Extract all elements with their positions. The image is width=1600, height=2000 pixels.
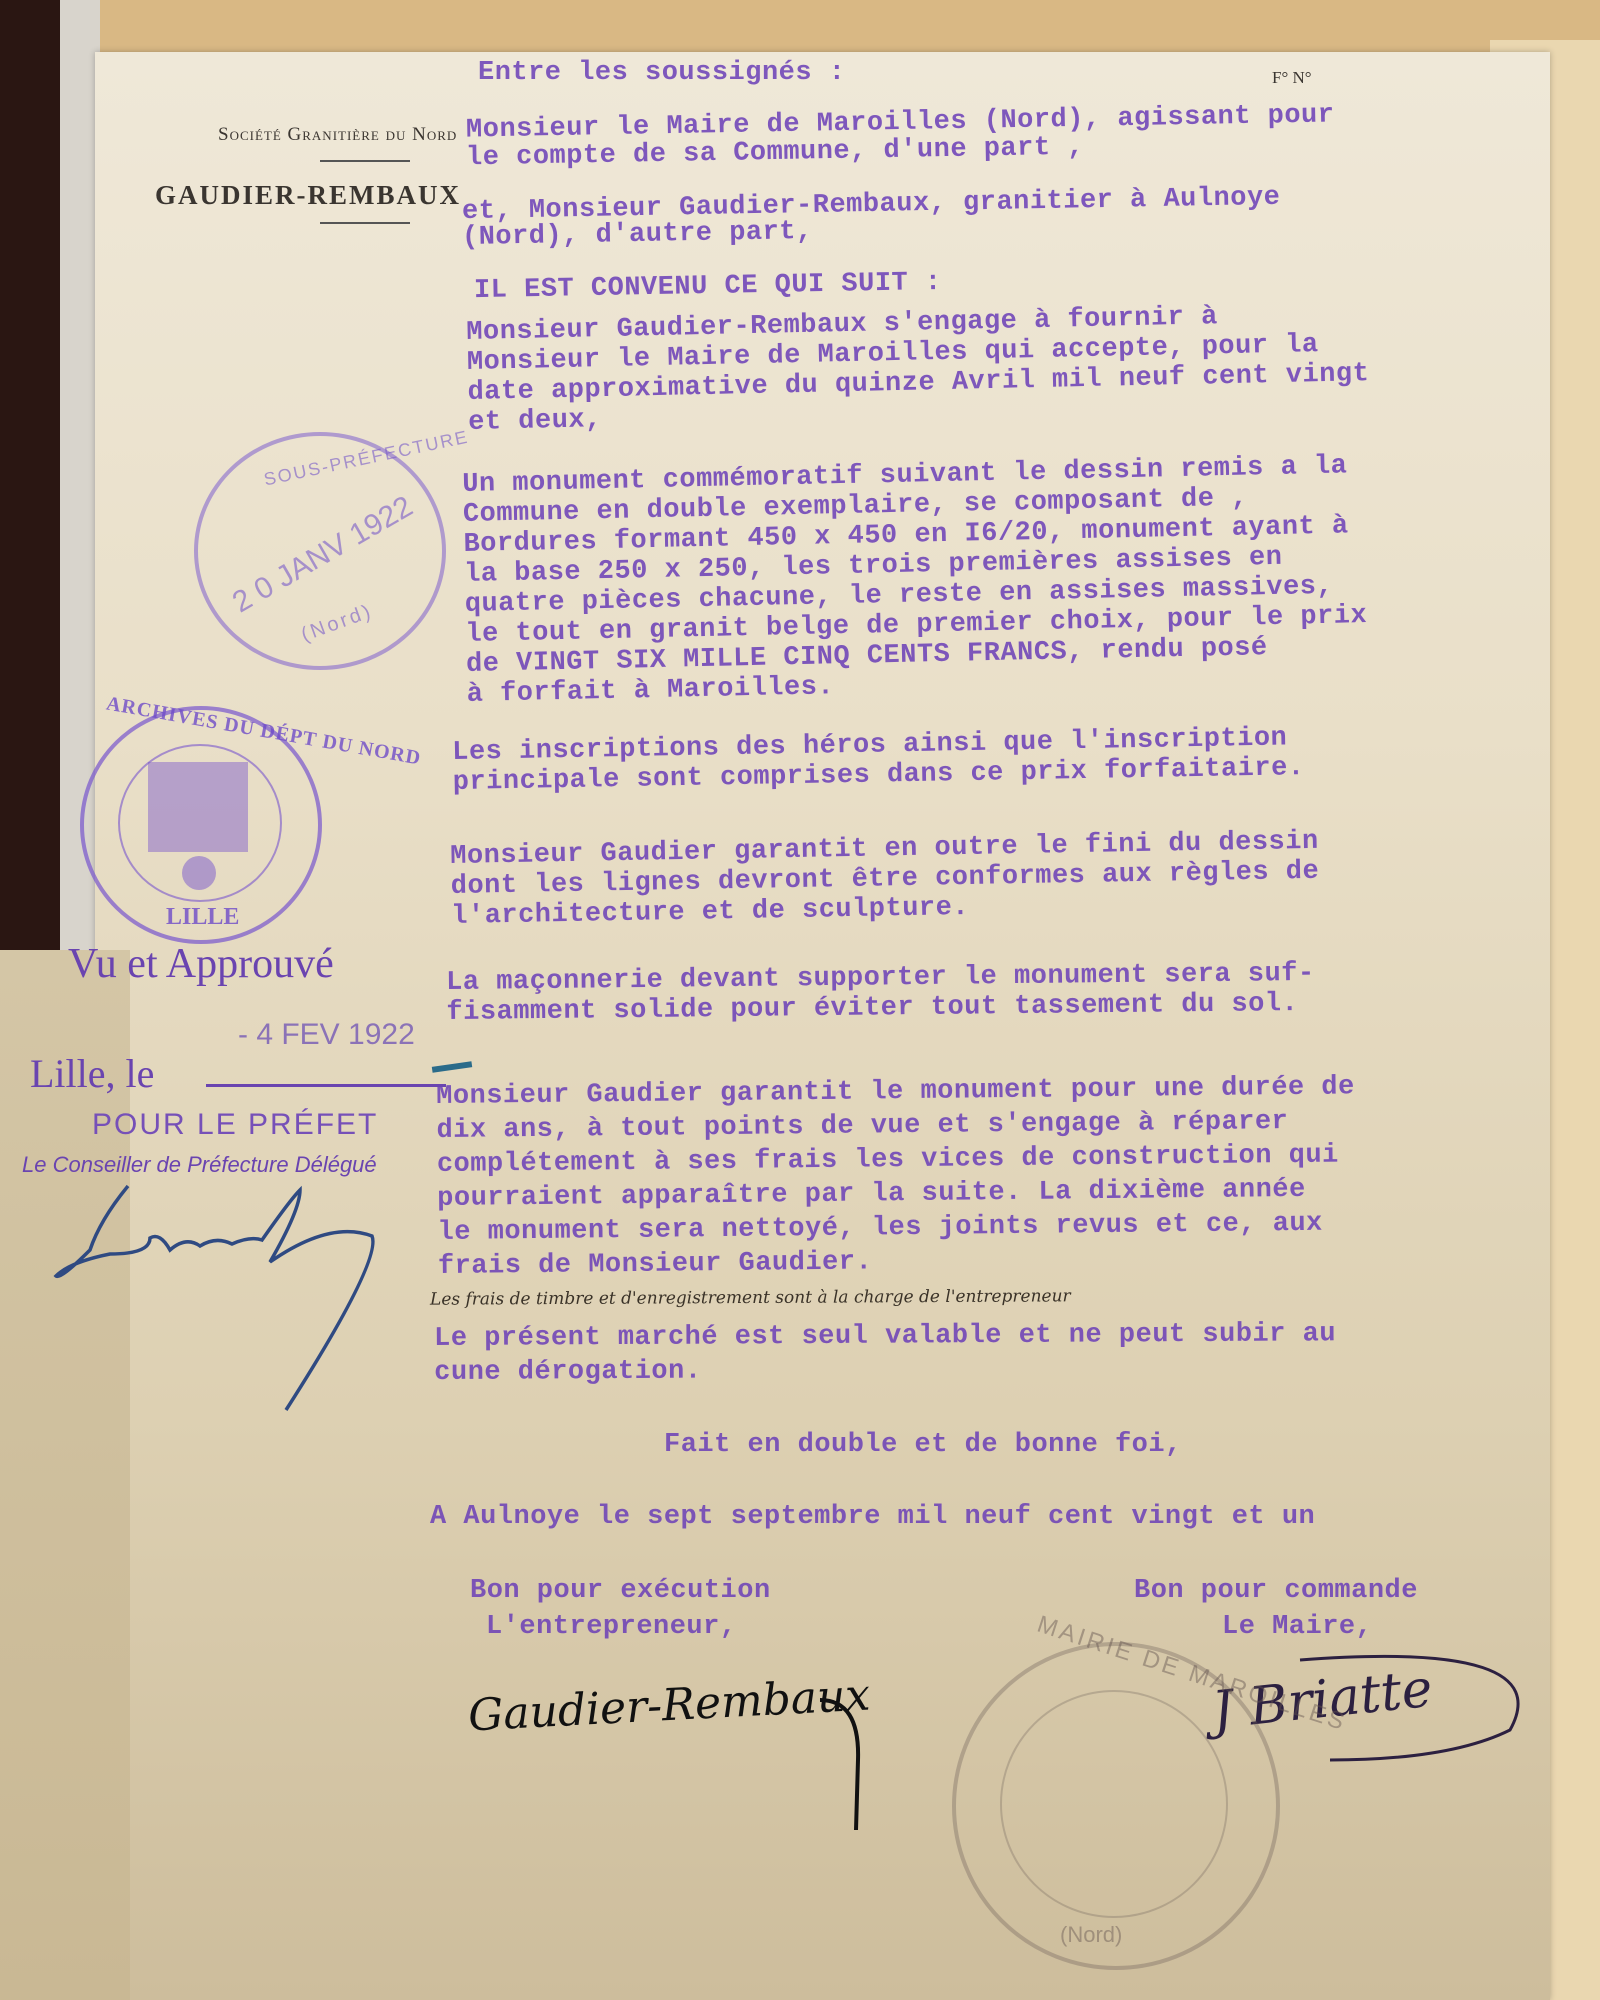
prefecture-signature	[0, 0, 1600, 2000]
